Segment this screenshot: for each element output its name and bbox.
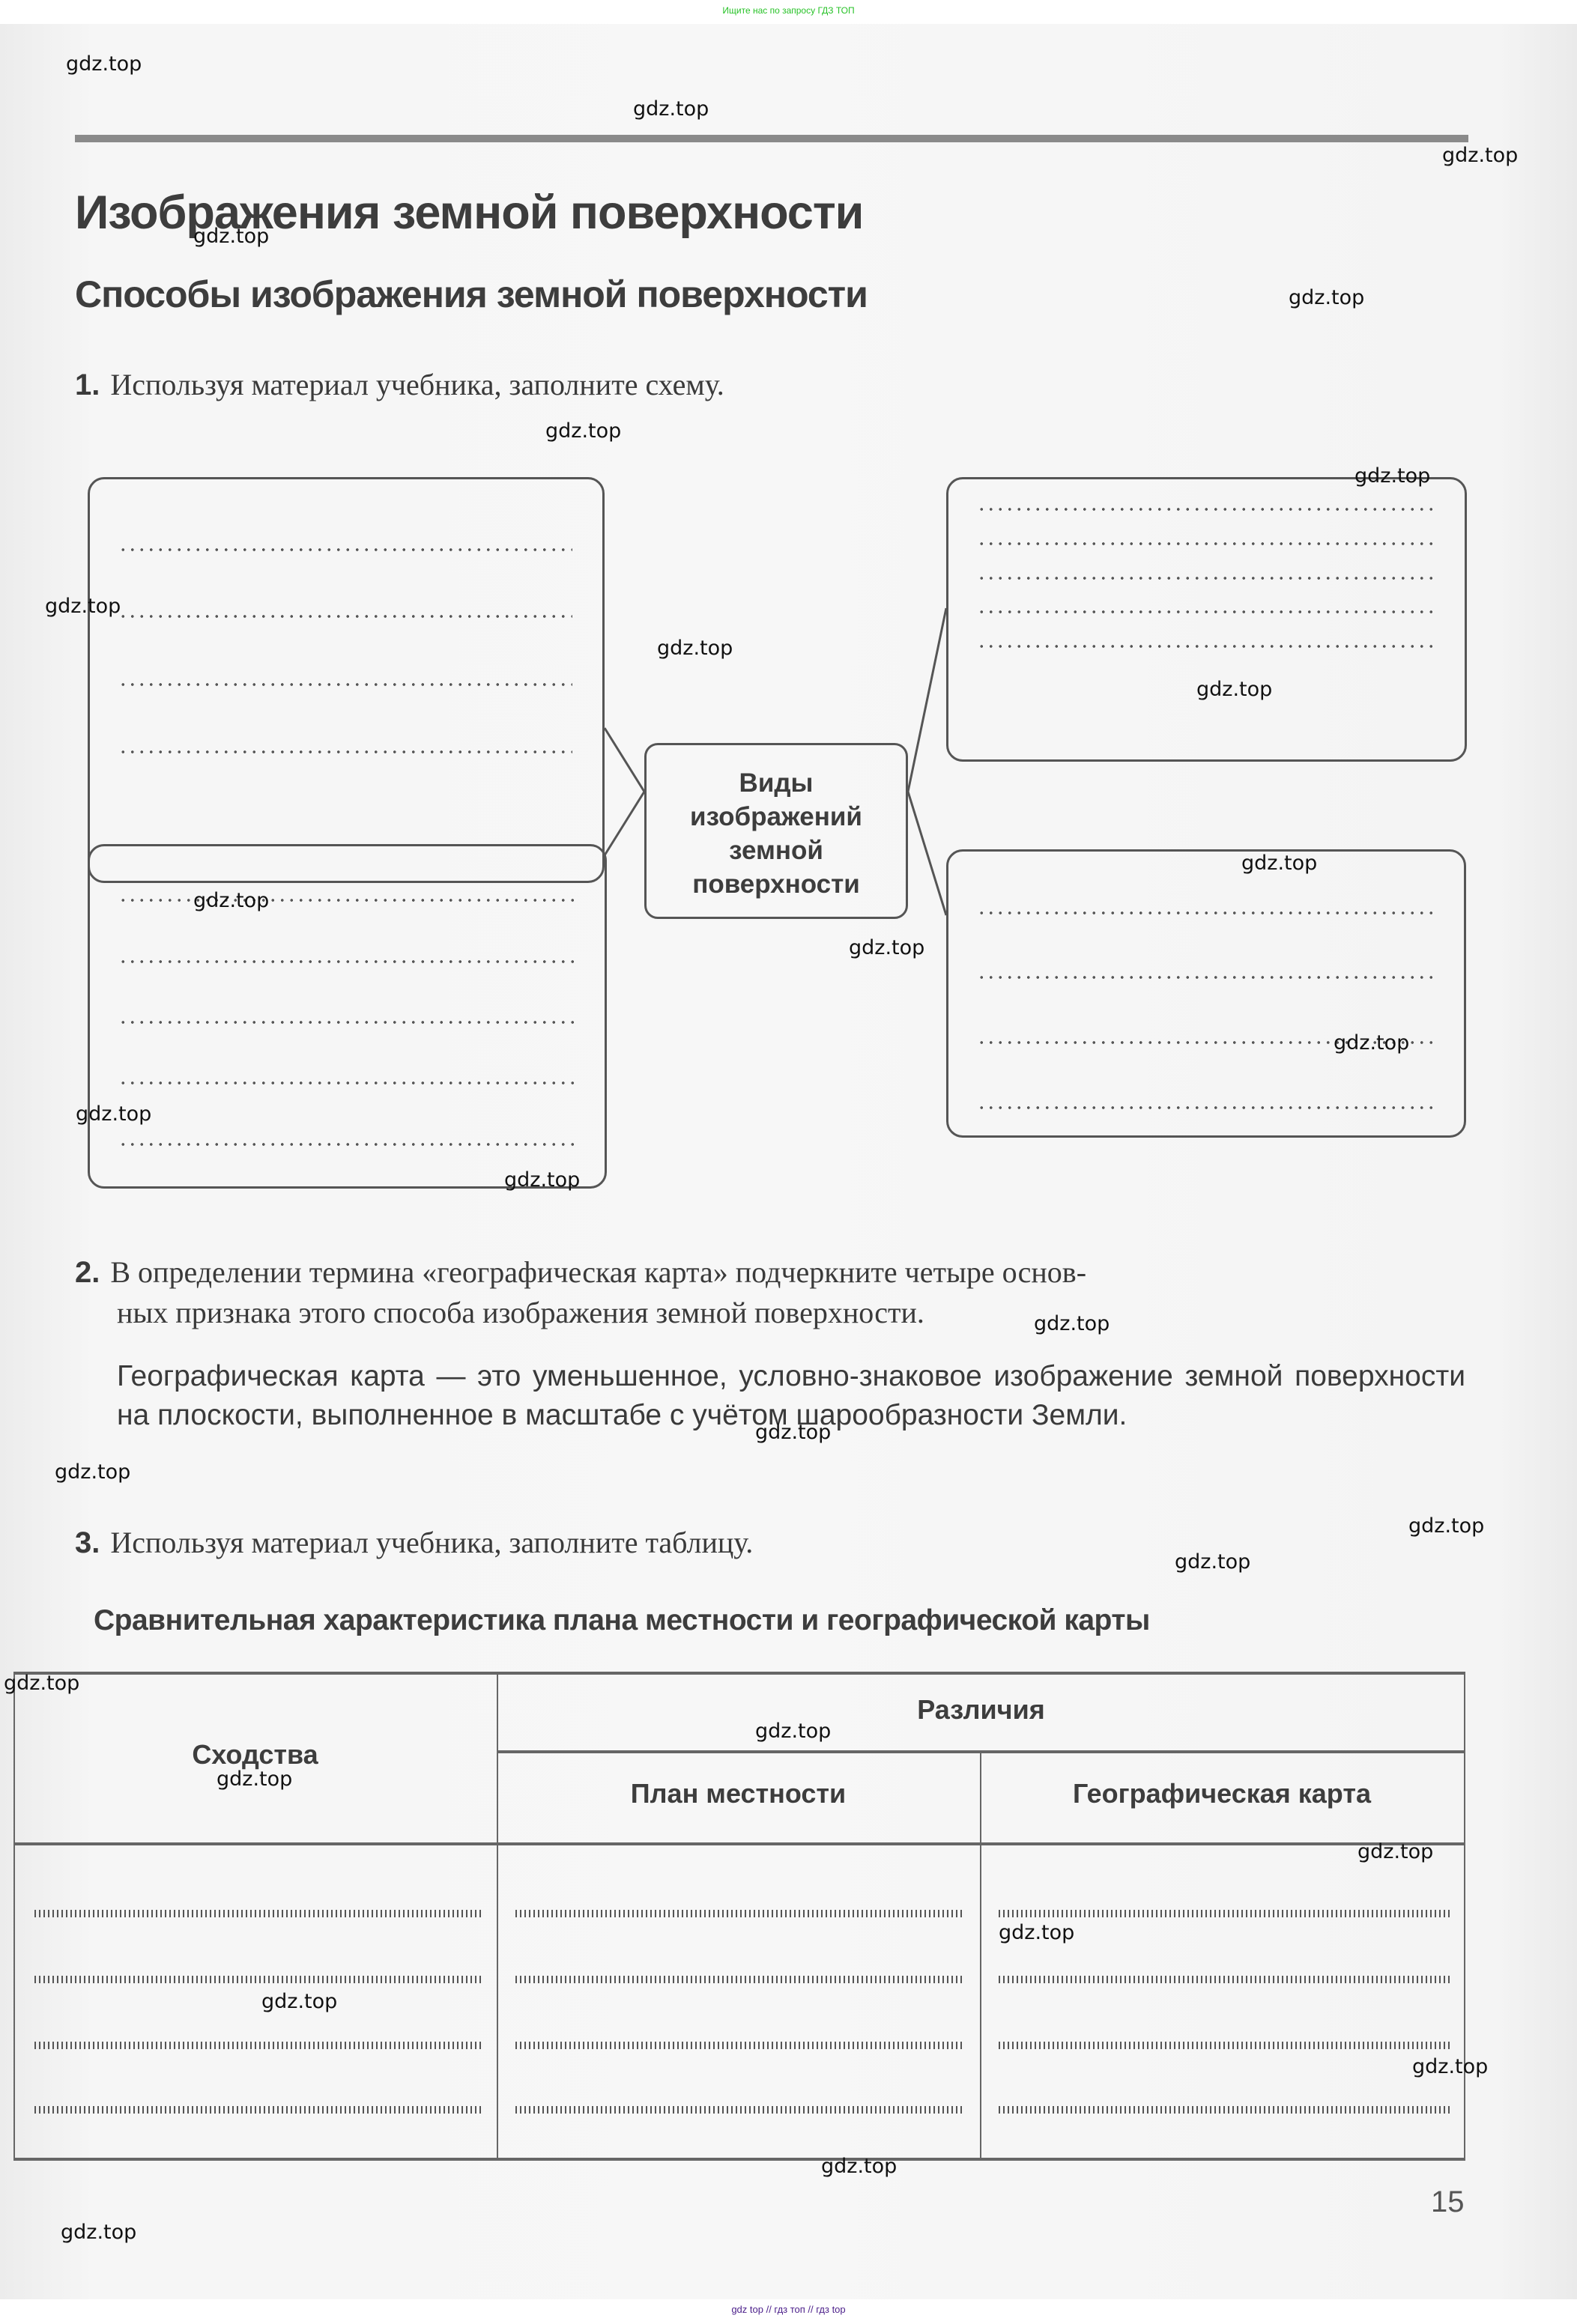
scheme-box-bottom-right[interactable] [946, 849, 1466, 1138]
answer-line[interactable] [977, 911, 1434, 914]
answer-line[interactable] [515, 1910, 965, 1917]
watermark: gdz.top [1175, 1550, 1250, 1574]
answer-line[interactable] [118, 1021, 575, 1024]
watermark: gdz.top [1357, 1840, 1433, 1863]
watermark: gdz.top [504, 1168, 580, 1192]
watermark: gdz.top [999, 1921, 1074, 1944]
task-text: Используя материал учебника, заполните с… [110, 368, 724, 401]
task-2: 2.В определении термина «географическая … [75, 1252, 1483, 1333]
scheme-box-bottom-left[interactable] [88, 844, 607, 1189]
watermark: gdz.top [657, 637, 733, 660]
watermark: gdz.top [755, 1421, 831, 1444]
watermark: gdz.top [61, 2221, 136, 2244]
answer-line[interactable] [977, 508, 1435, 511]
header-map: Географическая карта [980, 1778, 1464, 1809]
answer-line[interactable] [118, 615, 572, 618]
answer-line[interactable] [977, 976, 1434, 979]
header-differences: Различия [497, 1694, 1465, 1726]
answer-line[interactable] [34, 2042, 484, 2049]
watermark: gdz.top [217, 1768, 292, 1791]
watermark: gdz.top [1442, 144, 1518, 167]
answer-line[interactable] [977, 542, 1435, 545]
answer-line[interactable] [999, 1910, 1452, 1917]
header-similarities: Сходства [13, 1739, 497, 1771]
watermark: gdz.top [1196, 678, 1272, 701]
center-label-line: земной [647, 834, 906, 867]
watermark: gdz.top [66, 52, 142, 76]
answer-line[interactable] [999, 2042, 1452, 2049]
answer-line[interactable] [999, 1976, 1452, 1983]
task-3: 3.Используя материал учебника, заполните… [75, 1525, 753, 1560]
answer-line[interactable] [999, 2106, 1452, 2114]
answer-line[interactable] [34, 1910, 484, 1917]
watermark: gdz.top [1289, 286, 1364, 309]
answer-line[interactable] [34, 2106, 484, 2114]
watermark: gdz.top [1334, 1031, 1409, 1055]
section-title: Способы изображения земной поверхности [75, 273, 868, 316]
answer-line[interactable] [515, 2042, 965, 2049]
watermark: gdz.top [1034, 1312, 1110, 1335]
watermark: gdz.top [55, 1460, 130, 1484]
watermark: gdz.top [193, 225, 269, 248]
watermark: gdz.top [1408, 1514, 1484, 1538]
answer-line[interactable] [118, 1081, 575, 1084]
watermark: gdz.top [4, 1672, 79, 1695]
task-number: 1. [75, 368, 100, 401]
watermark: gdz.top [849, 936, 924, 959]
answer-line[interactable] [118, 1143, 575, 1146]
scheme-center-box: Виды изображений земной поверхности [644, 743, 908, 919]
top-rule [75, 135, 1468, 142]
answer-line[interactable] [118, 960, 575, 963]
center-label-line: изображений [647, 800, 906, 834]
watermark: gdz.top [633, 97, 709, 121]
watermark: gdz.top [821, 2155, 897, 2178]
answer-line[interactable] [977, 610, 1435, 613]
task-1: 1.Используя материал учебника, заполните… [75, 367, 724, 402]
comparison-table: Сходства Различия План местности Географ… [13, 1672, 1465, 2161]
watermark: gdz.top [45, 595, 121, 618]
header-plan: План местности [497, 1778, 980, 1809]
task-text: Используя материал учебника, заполните т… [110, 1526, 753, 1559]
watermark: gdz.top [193, 889, 269, 912]
answer-line[interactable] [34, 1976, 484, 1983]
watermark: gdz.top [76, 1102, 151, 1126]
watermark: gdz.top [1241, 852, 1317, 875]
table-title: Сравнительная характеристика плана местн… [94, 1604, 1150, 1637]
scheme-box-top-left[interactable] [88, 477, 605, 883]
center-label-line: поверхности [647, 867, 906, 901]
scheme-box-top-right[interactable] [946, 477, 1467, 762]
watermark: gdz.top [755, 1720, 831, 1743]
workbook-page: Изображения земной поверхности Способы и… [0, 24, 1577, 2299]
answer-line[interactable] [515, 1976, 965, 1983]
watermark: gdz.top [1354, 464, 1430, 488]
top-banner: Ищите нас по запросу ГДЗ ТОП [0, 0, 1577, 24]
answer-line[interactable] [515, 2106, 965, 2114]
watermark: gdz.top [545, 419, 621, 443]
task-text: ных признака этого способа изображения з… [75, 1293, 1483, 1333]
answer-line[interactable] [118, 899, 575, 902]
bottom-banner: gdz top // гдз топ // гдз top [0, 2299, 1577, 2324]
answer-line[interactable] [977, 577, 1435, 580]
answer-line[interactable] [977, 1106, 1434, 1109]
answer-line[interactable] [118, 548, 572, 551]
task-number: 3. [75, 1526, 100, 1559]
answer-line[interactable] [118, 683, 572, 686]
answer-line[interactable] [118, 750, 572, 753]
answer-line[interactable] [977, 645, 1435, 648]
watermark: gdz.top [261, 1990, 337, 2013]
watermark: gdz.top [1412, 2055, 1488, 2078]
task-text: В определении термина «географическая ка… [110, 1255, 1086, 1289]
task-number: 2. [75, 1256, 100, 1289]
center-label-line: Виды [647, 766, 906, 800]
page-number: 15 [1431, 2185, 1465, 2219]
